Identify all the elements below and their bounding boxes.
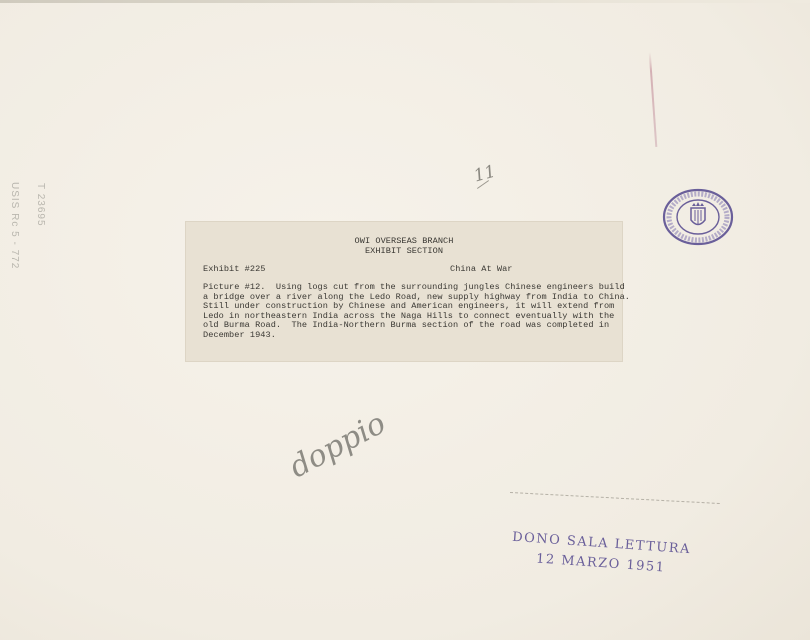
- exhibit-number: Exhibit #225: [203, 265, 266, 275]
- side-note-right: T 23695: [35, 183, 46, 227]
- pencil-note: doppio: [284, 406, 392, 485]
- library-round-stamp: [660, 187, 738, 247]
- photo-verso-page: USIS Rc 5 - 772 T 23695 11 OWI OVERSEAS …: [0, 0, 810, 640]
- caption-text: Picture #12. Using logs cut from the sur…: [203, 283, 623, 341]
- round-stamp-icon: [660, 187, 738, 247]
- caption-line: December 1943.: [203, 331, 623, 341]
- side-note-left: USIS Rc 5 - 772: [9, 182, 20, 269]
- series-title: China At War: [450, 265, 513, 275]
- header-line-2: EXHIBIT SECTION: [186, 247, 622, 257]
- label-header: OWI OVERSEAS BRANCH EXHIBIT SECTION: [186, 237, 622, 256]
- red-pencil-mark: [649, 52, 658, 147]
- page-top-edge: [0, 0, 810, 3]
- pencil-dashed-line: [510, 492, 720, 505]
- receipt-stamp-line-2: 12 MARZO 1951: [536, 551, 666, 575]
- exhibit-caption-label: OWI OVERSEAS BRANCH EXHIBIT SECTION Exhi…: [186, 222, 622, 361]
